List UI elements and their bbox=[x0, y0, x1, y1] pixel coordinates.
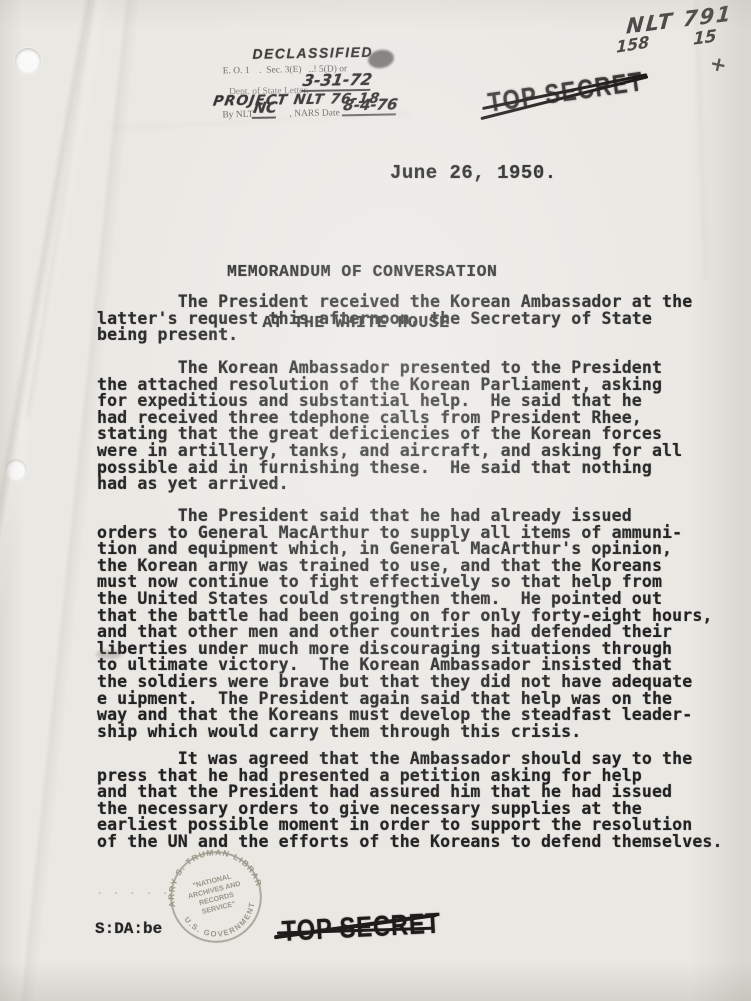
declassified-stamp-text: DECLASSIFIED bbox=[252, 44, 373, 62]
faint-impression: . . . . . bbox=[96, 884, 156, 892]
handwritten-number: 158 bbox=[616, 32, 649, 57]
title-line-1: MEMORANDUM OF CONVERSATION bbox=[227, 263, 485, 280]
by-line-prefix: By NLT bbox=[222, 110, 253, 121]
handwritten-letter-date: 3-31-72 bbox=[301, 70, 373, 92]
top-secret-stamp-footer: TOP SECRET bbox=[281, 908, 442, 949]
handwritten-cross-mark: + bbox=[708, 51, 729, 78]
handwritten-page-number: 15 bbox=[693, 26, 717, 50]
paragraph-2: The Korean Ambassador presented to the P… bbox=[97, 360, 682, 493]
typist-initials: S:DA:be bbox=[95, 920, 162, 938]
top-secret-stamp-header: TOP SECRET bbox=[486, 66, 646, 119]
paragraph-3: The President said that he had already i… bbox=[97, 508, 713, 740]
paragraph-1: The President received the Korean Ambass… bbox=[97, 294, 692, 344]
scanned-document-page: DECLASSIFIED E. O. 1 . Sec. 3(E) ..! 5(D… bbox=[0, 0, 751, 1001]
handwritten-nars-date: 8-4-76 bbox=[342, 95, 399, 116]
ink-smudge bbox=[96, 650, 122, 659]
hole-punch-top bbox=[15, 48, 41, 74]
nars-date-label: , NARS Date bbox=[289, 108, 340, 119]
handwritten-initials: NC bbox=[252, 98, 279, 118]
document-date: June 26, 1950. bbox=[390, 162, 557, 184]
hole-punch-middle bbox=[5, 459, 27, 481]
paragraph-4: It was agreed that the Ambassador should… bbox=[97, 751, 723, 851]
declassification-stamp: DECLASSIFIED E. O. 1 . Sec. 3(E) ..! 5(D… bbox=[214, 41, 506, 136]
